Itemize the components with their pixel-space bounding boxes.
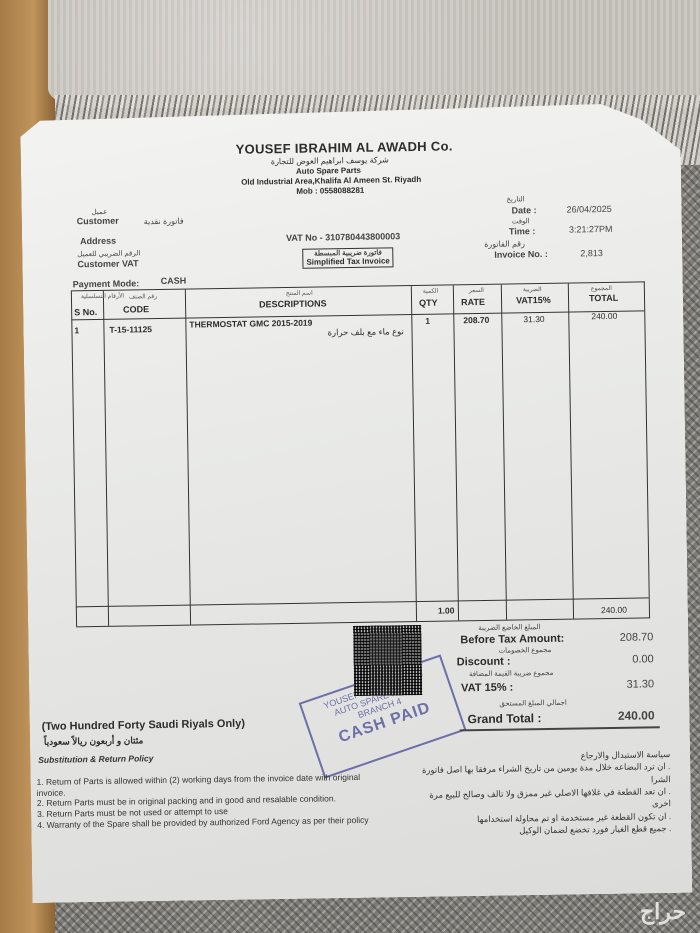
company-line: Auto Spare Parts [296,166,361,176]
th-qty: QTY [419,298,438,308]
blanket-background [48,0,700,108]
invoice-number: 2,813 [580,248,603,258]
th-code: CODE [123,304,149,314]
vat-label: VAT 15% : [461,682,513,695]
th-desc-ar: اسم المنتج [286,290,313,297]
customer-vat-label: Customer VAT [77,258,138,269]
company-name-ar: شركة يوسف ابراهيم العوض للتجارة [271,155,389,166]
vat-number: VAT No - 310780443800003 [286,231,400,243]
company-mobile: Mob : 0558088281 [296,186,364,196]
invoice-paper: YOUSEF IBRAHIM AL AWADH Co. شركة يوسف اب… [20,103,692,903]
grand-total-value: 240.00 [574,708,654,723]
items-table: الأرقام التسلسلية S No. رقم الصنف CODE ا… [71,281,650,627]
th-vat-ar: الضريبة [523,286,542,293]
row-total: 240.00 [591,311,617,321]
row-vat: 31.30 [523,314,544,324]
invoice-label: Invoice No. : [494,249,548,260]
discount-value: 0.00 [574,653,654,666]
row-qty: 1 [425,316,430,326]
amount-in-words-ar: مئتان و أربعون ريالاً سعودياً [44,735,144,748]
footer-qty-total: 1.00 [438,605,455,615]
before-tax-label: Before Tax Amount: [460,633,564,647]
th-desc: DESCRIPTIONS [259,298,327,309]
date-label: Date : [512,205,537,215]
vat-value: 31.30 [574,678,654,691]
address-label: Address [80,236,116,247]
footer-total: 240.00 [601,605,627,615]
row-description-ar: نوع ماء مع بلف حرارة [327,326,404,338]
invoice-label-ar: رقم الفاتورة [484,239,525,249]
th-sno: S No. [74,307,97,317]
invoice-type-box: فاتورة ضريبية المبسطة Simplified Tax Inv… [302,247,394,269]
vat-label-ar: مجموع ضريبة القيمة المضافة [469,669,554,678]
policy-list: 1. Return of Parts is allowed within (2)… [36,772,387,831]
th-qty-ar: الكمية [423,288,438,295]
row-sno: 1 [74,325,79,335]
row-description: THERMOSTAT GMC 2015-2019 [189,318,312,330]
th-rate: RATE [461,297,485,307]
time-label: Time : [509,226,535,236]
date-label-ar: التاريخ [506,195,524,203]
discount-label-ar: مجموع الخصومات [498,646,551,655]
before-tax-value: 208.70 [573,631,653,644]
policy-item-ar: . جميع قطع الغيار فورد تخضع لضمان الوكيل [416,822,671,838]
customer-label-ar: عميل [92,208,108,216]
grand-total-label-ar: اجمالي المبلغ المستحق [499,699,567,708]
th-sno-ar: الأرقام التسلسلية [81,293,124,301]
qr-code [353,625,422,696]
time-value: 3:21:27PM [569,224,613,235]
th-rate-ar: السعر [469,287,484,294]
time-label-ar: الوقت [512,217,530,225]
before-tax-label-ar: المبلغ الخاضع الضريبة [478,623,541,632]
th-total: TOTAL [589,293,618,303]
date-value: 26/04/2025 [567,204,612,215]
customer-label: Customer [77,216,119,227]
company-name: YOUSEF IBRAHIM AL AWADH Co. [236,138,453,156]
th-total-ar: المجموع [591,285,612,292]
payment-mode-value: CASH [161,276,187,286]
row-code: T-15-11125 [109,324,152,335]
discount-label: Discount : [457,656,511,669]
haraj-watermark: حراج [640,899,686,925]
th-vat: VAT15% [516,295,551,306]
invoice-type-en: Simplified Tax Invoice [306,257,390,267]
row-rate: 208.70 [463,315,489,325]
company-address: Old Industrial Area,Khalifa Al Ameen St.… [241,175,421,187]
amount-in-words: (Two Hundred Forty Saudi Riyals Only) [42,718,245,733]
customer-vat-label-ar: الرقم الضريبي للعميل [77,249,140,258]
policy-title: Substitution & Return Policy [38,753,153,765]
th-code-ar: رقم الصنف [129,293,157,300]
policy-list-ar: سياسة الاستبدال والارجاع . ان ترد البضاع… [415,748,671,838]
table-row: 1 T-15-11125 THERMOSTAT GMC 2015-2019 نو… [71,282,644,291]
payment-mode-label: Payment Mode: [73,278,140,289]
grand-total-underline [460,726,660,731]
grand-total-label: Grand Total : [468,711,542,726]
customer-value: فاتورة نقدية [144,217,184,227]
